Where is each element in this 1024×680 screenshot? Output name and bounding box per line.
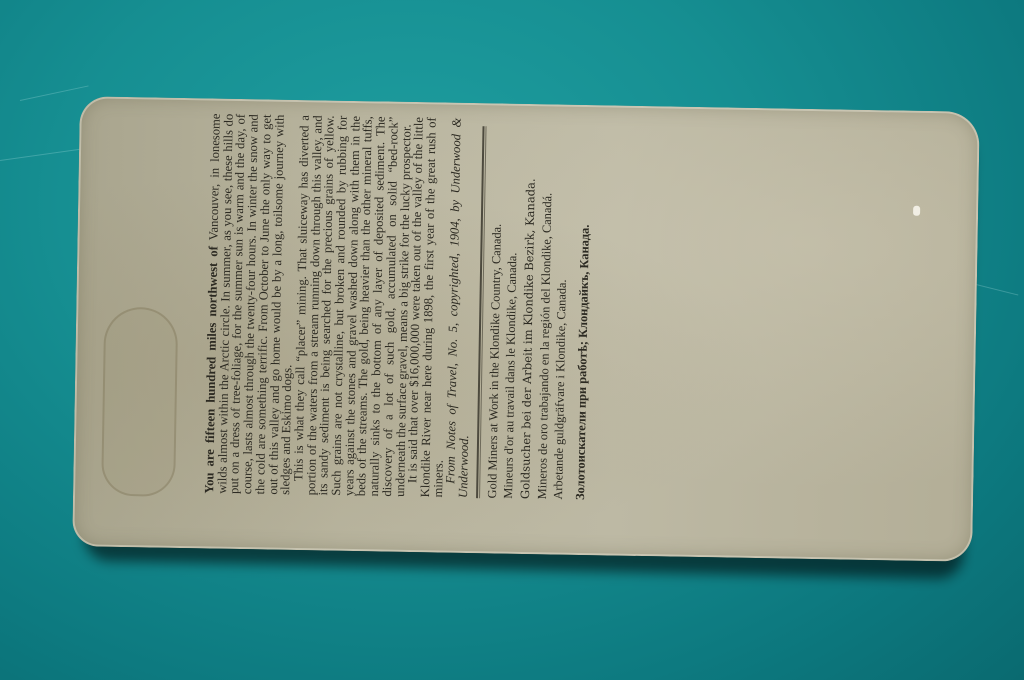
caption-swedish: Arbetande guldgräfvare i Klondike, Canad…	[552, 120, 572, 500]
caption-russian: Золотоискатели при работѣ; Клондайкъ, Ка…	[574, 120, 594, 500]
body-paragraph-2: This is what they call “placer” mining. …	[292, 115, 413, 497]
stereoview-card-back: You are fifteen hundred miles northwest …	[72, 96, 980, 562]
water-stain	[101, 307, 178, 497]
surface-scratch	[20, 85, 89, 101]
copyright-citation: From Notes of Travel, No. 5, copyrighted…	[444, 118, 476, 498]
paper-speck	[913, 206, 920, 216]
body-paragraph-1: You are fifteen hundred miles northwest …	[203, 113, 299, 494]
surface-scratch	[0, 147, 89, 161]
multilingual-caption: Gold Miners at Work in the Klondike Coun…	[486, 118, 594, 500]
card-text-block: You are fifteen hundred miles northwest …	[203, 113, 850, 504]
divider-rule	[476, 126, 486, 498]
